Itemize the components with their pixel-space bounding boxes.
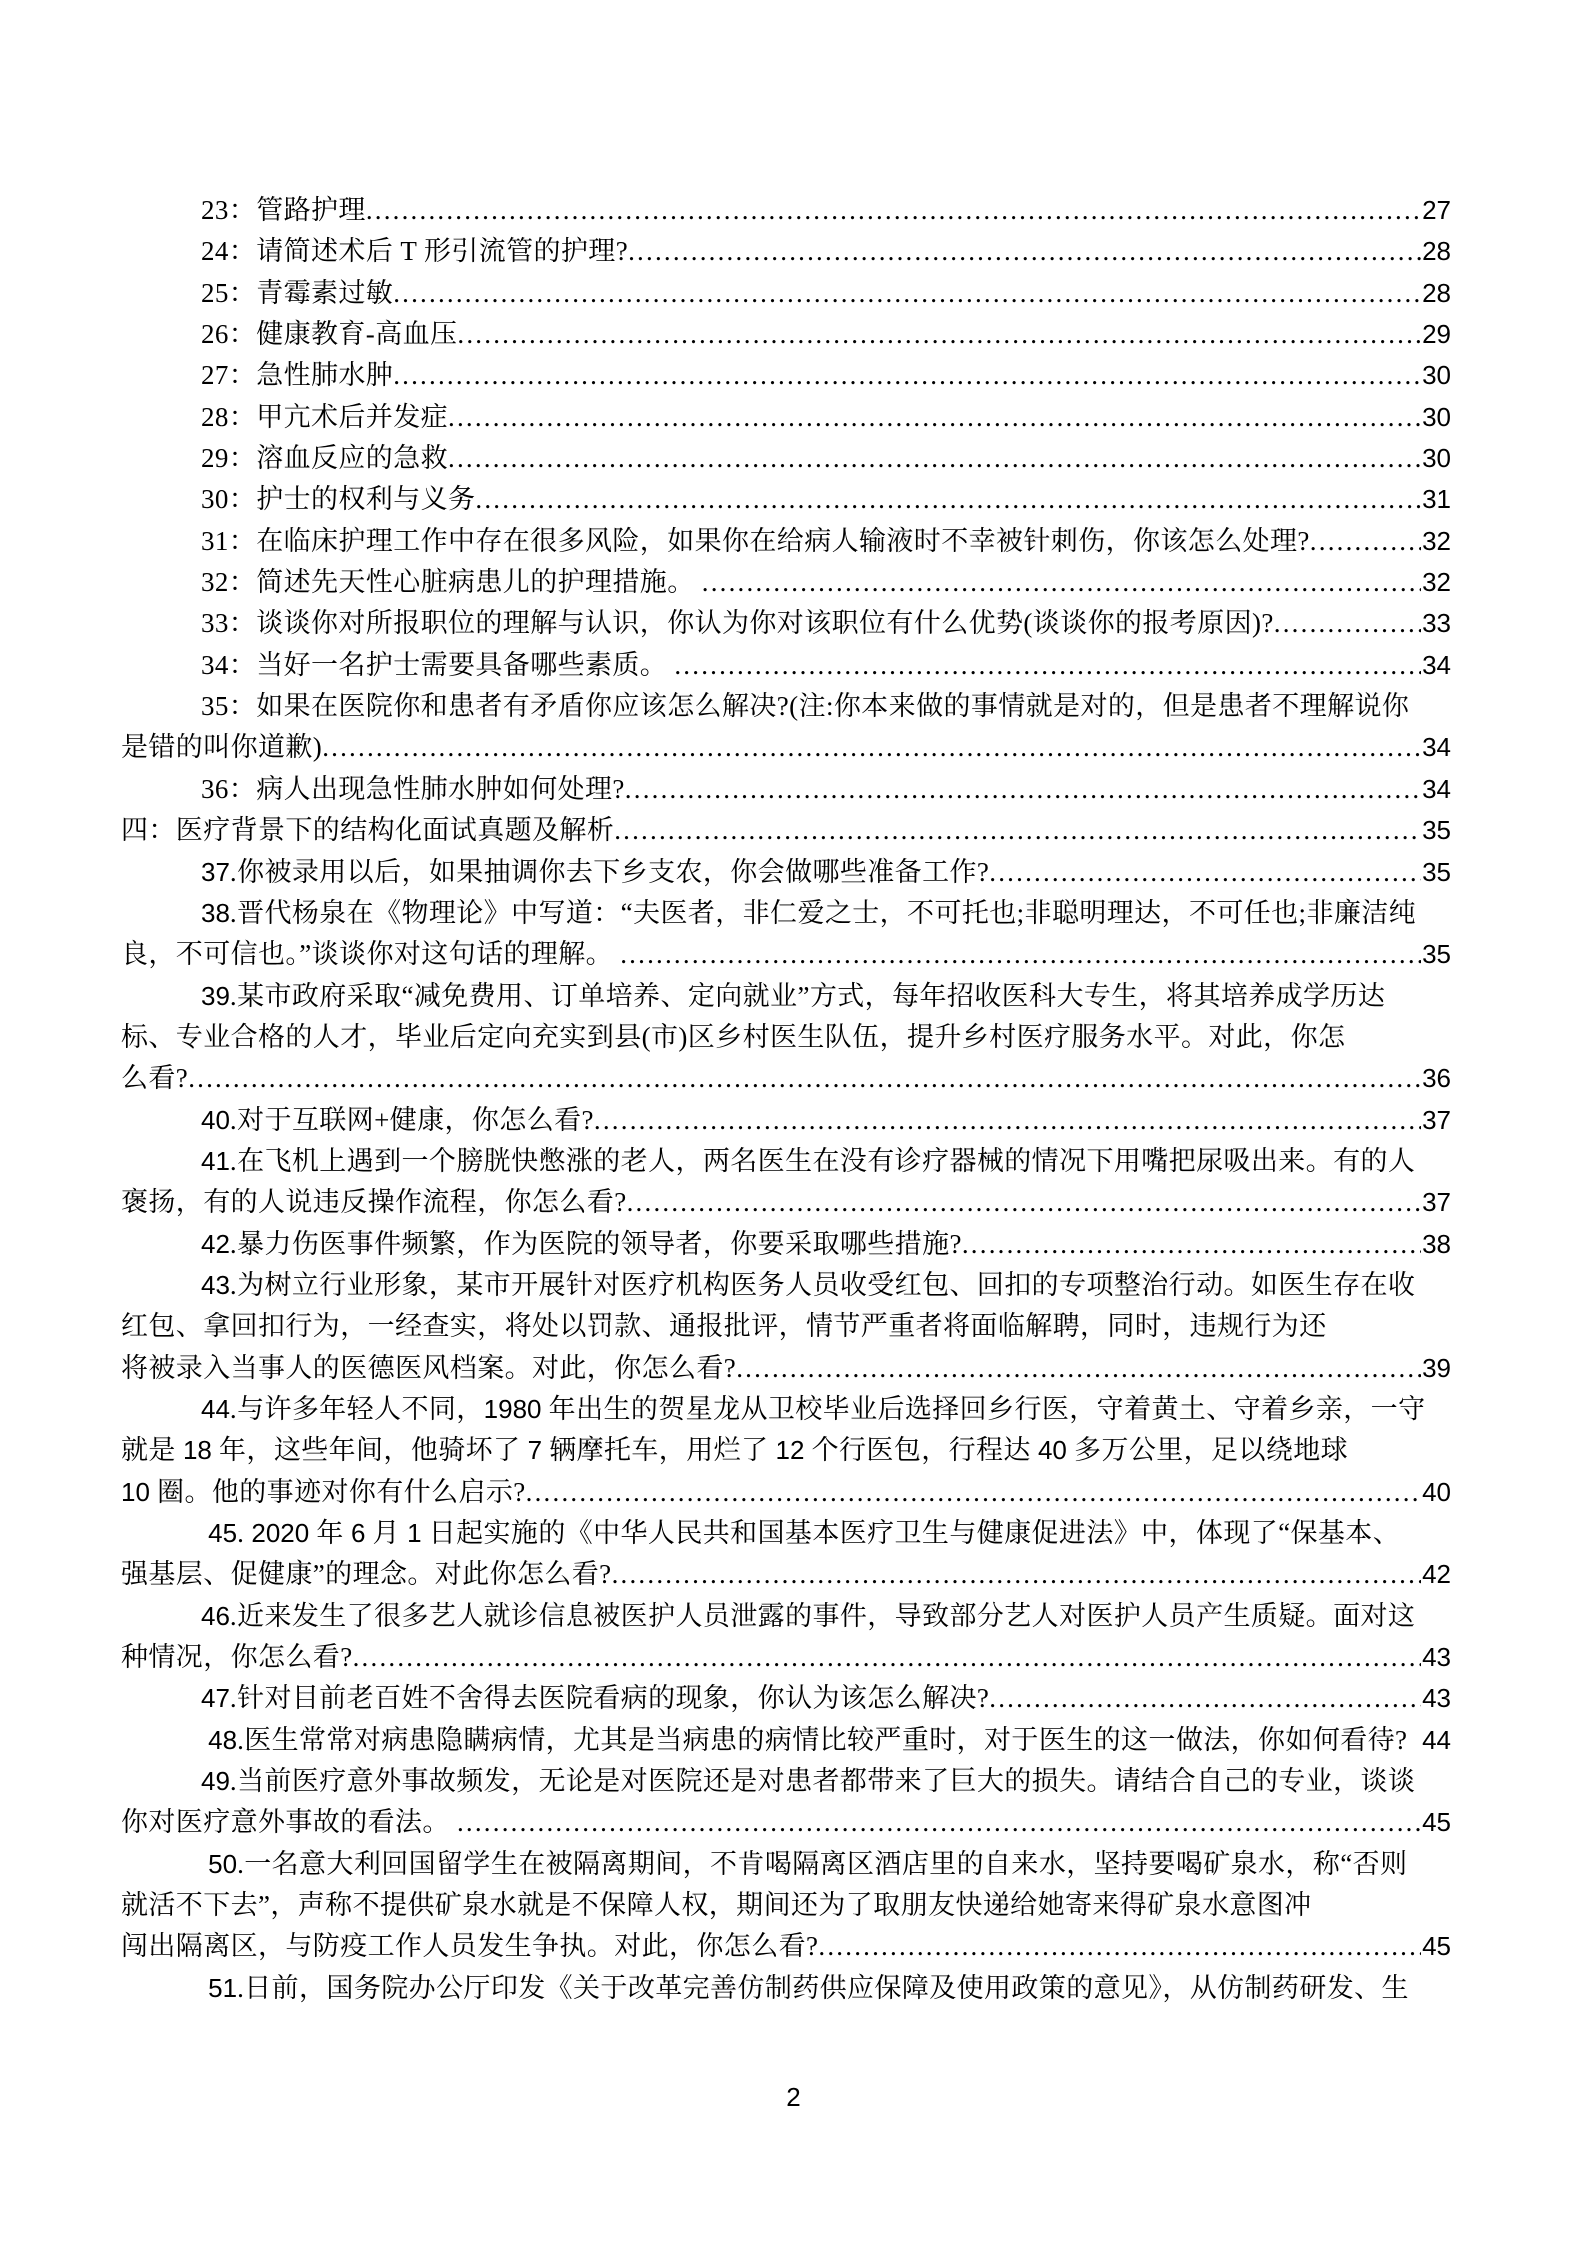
toc-page-number: 39 — [1421, 1348, 1451, 1389]
dot-leader: ........................................… — [594, 1100, 1421, 1141]
toc-entry-text: 50.一名意大利回国留学生在被隔离期间，不肯喝隔离区酒店里的自来水，坚持要喝矿泉… — [201, 1844, 1407, 1885]
toc-entry-continuation: 就是 18 年，这些年间，他骑坏了 7 辆摩托车，用烂了 12 个行医包，行程达… — [121, 1430, 1451, 1471]
toc-page-number: 31 — [1421, 479, 1451, 520]
toc-entry-text: 种情况，你怎么看? — [121, 1637, 353, 1678]
toc-entry-continuation: 10 圈。他的事迹对你有什么启示?.......................… — [121, 1472, 1451, 1513]
toc-entry-text: 27：急性肺水肿 — [201, 355, 393, 396]
toc-entry: 四：医疗背景下的结构化面试真题及解析......................… — [121, 810, 1451, 851]
toc-entry-text: 25：青霉素过敏 — [201, 273, 393, 314]
toc-entry: 23：管路护理.................................… — [121, 190, 1451, 231]
toc-page-number: 33 — [1421, 603, 1451, 644]
toc-entry-text: 48.医生常常对病患隐瞒病情，尤其是当病患的病情比较严重时，对于医生的这一做法，… — [201, 1720, 1407, 1761]
toc-entry: 39.某市政府采取“减免费用、订单培养、定向就业”方式，每年招收医科大专生，将其… — [121, 976, 1451, 1017]
toc-page-number: 30 — [1421, 438, 1451, 479]
toc-page-number: 32 — [1421, 521, 1451, 562]
toc-entry-continuation: 么看?.....................................… — [121, 1058, 1451, 1099]
dot-leader — [1407, 1720, 1421, 1761]
dot-leader: ........................................… — [612, 1554, 1422, 1595]
toc-entry-continuation: 闯出隔离区，与防疫工作人员发生争执。对此，你怎么看?..............… — [121, 1926, 1451, 1967]
toc-entry-text: 标、专业合格的人才，毕业后定向充实到县(市)区乡村医生队伍，提升乡村医疗服务水平… — [121, 1017, 1345, 1058]
toc-entry-continuation: 强基层、促健康”的理念。对此你怎么看?.....................… — [121, 1554, 1451, 1595]
toc-entry-continuation: 良，不可信也。”谈谈你对这句话的理解。 ....................… — [121, 934, 1451, 975]
dot-leader: ........................................… — [393, 273, 1421, 314]
toc-entry: 51.日前，国务院办公厅印发《关于改革完善仿制药供应保障及使用政策的意见》，从仿… — [121, 1968, 1451, 2009]
dot-leader: ........................................… — [620, 934, 1421, 975]
table-of-contents: 23：管路护理.................................… — [121, 190, 1451, 2009]
toc-entry: 50.一名意大利回国留学生在被隔离期间，不肯喝隔离区酒店里的自来水，坚持要喝矿泉… — [121, 1844, 1451, 1885]
toc-page-number: 28 — [1421, 273, 1451, 314]
toc-page-number: 35 — [1421, 810, 1451, 851]
toc-entry-continuation: 就活不下去”，声称不提供矿泉水就是不保障人权，期间还为了取朋友快递给她寄来得矿泉… — [121, 1885, 1451, 1926]
toc-entry-text: 23：管路护理 — [201, 190, 366, 231]
toc-entry-text: 35：如果在医院你和患者有矛盾你应该怎么解决?(注:你本来做的事情就是对的，但是… — [201, 686, 1409, 727]
toc-entry: 34：当好一名护士需要具备哪些素质。 .....................… — [121, 645, 1451, 686]
toc-entry-text: 44.与许多年轻人不同，1980 年出生的贺星龙从卫校毕业后选择回乡行医，守着黄… — [201, 1389, 1425, 1430]
document-page: 23：管路护理.................................… — [0, 0, 1587, 2245]
toc-entry-text: 29：溶血反应的急救 — [201, 438, 448, 479]
toc-entry: 27：急性肺水肿................................… — [121, 355, 1451, 396]
toc-entry-text: 42.暴力伤医事件频繁，作为医院的领导者，你要采取哪些措施? — [201, 1224, 962, 1265]
toc-entry-text: 43.为树立行业形象，某市开展针对医疗机构医务人员收受红包、回扣的专项整治行动。… — [201, 1265, 1415, 1306]
dot-leader: ........................................… — [1274, 603, 1421, 644]
toc-entry: 43.为树立行业形象，某市开展针对医疗机构医务人员收受红包、回扣的专项整治行动。… — [121, 1265, 1451, 1306]
toc-entry-text: 39.某市政府采取“减免费用、订单培养、定向就业”方式，每年招收医科大专生，将其… — [201, 976, 1385, 1017]
toc-page-number: 35 — [1421, 934, 1451, 975]
toc-page-number: 35 — [1421, 852, 1451, 893]
toc-entry: 41.在飞机上遇到一个膀胱快憋涨的老人，两名医生在没有诊疗器械的情况下用嘴把尿吸… — [121, 1141, 1451, 1182]
toc-entry-text: 红包、拿回扣行为，一经查实，将处以罚款、通报批评，情节严重者将面临解聘，同时，违… — [121, 1306, 1327, 1347]
toc-entry-text: 四：医疗背景下的结构化面试真题及解析 — [121, 810, 614, 851]
dot-leader: ........................................… — [1310, 521, 1421, 562]
toc-entry: 49.当前医疗意外事故频发，无论是对医院还是对患者都带来了巨大的损失。请结合自己… — [121, 1761, 1451, 1802]
dot-leader: ........................................… — [448, 438, 1421, 479]
toc-page-number: 27 — [1421, 190, 1451, 231]
toc-entry: 48.医生常常对病患隐瞒病情，尤其是当病患的病情比较严重时，对于医生的这一做法，… — [121, 1720, 1451, 1761]
toc-page-number: 45 — [1421, 1802, 1451, 1843]
toc-entry: 44.与许多年轻人不同，1980 年出生的贺星龙从卫校毕业后选择回乡行医，守着黄… — [121, 1389, 1451, 1430]
toc-page-number: 30 — [1421, 355, 1451, 396]
toc-page-number: 38 — [1421, 1224, 1451, 1265]
toc-page-number: 36 — [1421, 1058, 1451, 1099]
toc-entry: 36：病人出现急性肺水肿如何处理?.......................… — [121, 769, 1451, 810]
dot-leader: ........................................… — [818, 1926, 1421, 1967]
toc-entry-text: 28：甲亢术后并发症 — [201, 397, 448, 438]
toc-entry-text: 强基层、促健康”的理念。对此你怎么看? — [121, 1554, 612, 1595]
toc-entry-text: 32：简述先天性心脏病患儿的护理措施。 — [201, 562, 702, 603]
dot-leader: ........................................… — [702, 562, 1421, 603]
dot-leader: ........................................… — [989, 1678, 1421, 1719]
toc-entry-continuation: 标、专业合格的人才，毕业后定向充实到县(市)区乡村医生队伍，提升乡村医疗服务水平… — [121, 1017, 1451, 1058]
toc-entry-text: 37.你被录用以后，如果抽调你去下乡支农，你会做哪些准备工作? — [201, 852, 989, 893]
toc-entry-text: 良，不可信也。”谈谈你对这句话的理解。 — [121, 934, 620, 975]
toc-page-number: 30 — [1421, 397, 1451, 438]
dot-leader: ........................................… — [448, 397, 1421, 438]
toc-page-number: 43 — [1421, 1637, 1451, 1678]
toc-entry-text: 49.当前医疗意外事故频发，无论是对医院还是对患者都带来了巨大的损失。请结合自己… — [201, 1761, 1415, 1802]
toc-entry-text: 么看? — [121, 1058, 188, 1099]
toc-page-number: 42 — [1421, 1554, 1451, 1595]
dot-leader: ........................................… — [989, 852, 1421, 893]
toc-entry: 26：健康教育-高血压.............................… — [121, 314, 1451, 355]
toc-entry-text: 46.近来发生了很多艺人就诊信息被医护人员泄露的事件，导致部分艺人对医护人员产生… — [201, 1596, 1415, 1637]
toc-entry: 38.晋代杨泉在《物理论》中写道：“夫医者，非仁爱之士，不可托也;非聪明理达，不… — [121, 893, 1451, 934]
toc-page-number: 32 — [1421, 562, 1451, 603]
toc-entry-text: 闯出隔离区，与防疫工作人员发生争执。对此，你怎么看? — [121, 1926, 818, 1967]
toc-entry-text: 26：健康教育-高血压 — [201, 314, 457, 355]
toc-entry-continuation: 褒扬，有的人说违反操作流程，你怎么看?.....................… — [121, 1182, 1451, 1223]
dot-leader: ........................................… — [526, 1472, 1421, 1513]
toc-entry: 31：在临床护理工作中存在很多风险，如果你在给病人输液时不幸被针刺伤，你该怎么处… — [121, 521, 1451, 562]
toc-page-number: 37 — [1421, 1182, 1451, 1223]
toc-page-number: 34 — [1421, 727, 1451, 768]
dot-leader — [1409, 1968, 1450, 2009]
dot-leader: ........................................… — [628, 231, 1421, 272]
toc-page-number: 34 — [1421, 645, 1451, 686]
dot-leader: ........................................… — [962, 1224, 1421, 1265]
toc-page-number: 43 — [1421, 1678, 1451, 1719]
toc-entry-text: 将被录入当事人的医德医风档案。对此，你怎么看? — [121, 1348, 736, 1389]
toc-page-number: 40 — [1421, 1472, 1451, 1513]
toc-entry-text: 36：病人出现急性肺水肿如何处理? — [201, 769, 625, 810]
dot-leader: ........................................… — [353, 1637, 1421, 1678]
dot-leader: ........................................… — [475, 479, 1421, 520]
toc-entry: 47.针对目前老百姓不舍得去医院看病的现象，你认为该怎么解决?.........… — [121, 1678, 1451, 1719]
toc-page-number: 44 — [1421, 1720, 1451, 1761]
toc-entry-text: 10 圈。他的事迹对你有什么启示? — [121, 1472, 526, 1513]
toc-entry: 46.近来发生了很多艺人就诊信息被医护人员泄露的事件，导致部分艺人对医护人员产生… — [121, 1596, 1451, 1637]
toc-entry: 40.对于互联网+健康，你怎么看?.......................… — [121, 1100, 1451, 1141]
dot-leader: ........................................… — [614, 810, 1421, 851]
page-footer: 2 — [0, 2077, 1587, 2118]
toc-entry: 33：谈谈你对所报职位的理解与认识，你认为你对该职位有什么优势(谈谈你的报考原因… — [121, 603, 1451, 644]
dot-leader: ........................................… — [457, 314, 1421, 355]
toc-entry-text: 30：护士的权利与义务 — [201, 479, 475, 520]
toc-entry: 45. 2020 年 6 月 1 日起实施的《中华人民共和国基本医疗卫生与健康促… — [121, 1513, 1451, 1554]
toc-entry-continuation: 将被录入当事人的医德医风档案。对此，你怎么看?.................… — [121, 1348, 1451, 1389]
toc-entry-text: 34：当好一名护士需要具备哪些素质。 — [201, 645, 674, 686]
toc-entry: 30：护士的权利与义务.............................… — [121, 479, 1451, 520]
toc-entry-text: 就活不下去”，声称不提供矿泉水就是不保障人权，期间还为了取朋友快递给她寄来得矿泉… — [121, 1885, 1312, 1926]
toc-entry: 32：简述先天性心脏病患儿的护理措施。 ....................… — [121, 562, 1451, 603]
toc-entry-continuation: 你对医疗意外事故的看法。 ...........................… — [121, 1802, 1451, 1843]
dot-leader: ........................................… — [625, 769, 1421, 810]
dot-leader: ........................................… — [322, 727, 1421, 768]
dot-leader: ........................................… — [188, 1058, 1421, 1099]
toc-entry: 24：请简述术后 T 形引流管的护理?.....................… — [121, 231, 1451, 272]
toc-entry-text: 就是 18 年，这些年间，他骑坏了 7 辆摩托车，用烂了 12 个行医包，行程达… — [121, 1430, 1348, 1471]
page-number: 2 — [786, 2082, 800, 2112]
toc-page-number — [1450, 1968, 1451, 2009]
toc-entry: 29：溶血反应的急救..............................… — [121, 438, 1451, 479]
toc-entry-text: 51.日前，国务院办公厅印发《关于改革完善仿制药供应保障及使用政策的意见》，从仿… — [201, 1968, 1409, 2009]
toc-entry-text: 31：在临床护理工作中存在很多风险，如果你在给病人输液时不幸被针刺伤，你该怎么处… — [201, 521, 1310, 562]
toc-page-number: 29 — [1421, 314, 1451, 355]
toc-entry-text: 38.晋代杨泉在《物理论》中写道：“夫医者，非仁爱之士，不可托也;非聪明理达，不… — [201, 893, 1416, 934]
toc-entry-continuation: 种情况，你怎么看?...............................… — [121, 1637, 1451, 1678]
toc-entry-continuation: 是错的叫你道歉)................................… — [121, 727, 1451, 768]
toc-entry-text: 41.在飞机上遇到一个膀胱快憋涨的老人，两名医生在没有诊疗器械的情况下用嘴把尿吸… — [201, 1141, 1415, 1182]
toc-page-number: 28 — [1421, 231, 1451, 272]
toc-page-number: 34 — [1421, 769, 1451, 810]
toc-entry: 28：甲亢术后并发症..............................… — [121, 397, 1451, 438]
dot-leader: ........................................… — [366, 190, 1421, 231]
toc-page-number: 37 — [1421, 1100, 1451, 1141]
toc-page-number: 45 — [1421, 1926, 1451, 1967]
toc-entry: 25：青霉素过敏................................… — [121, 273, 1451, 314]
toc-entry-text: 40.对于互联网+健康，你怎么看? — [201, 1100, 594, 1141]
toc-entry-text: 47.针对目前老百姓不舍得去医院看病的现象，你认为该怎么解决? — [201, 1678, 989, 1719]
dot-leader: ........................................… — [674, 645, 1421, 686]
toc-entry: 35：如果在医院你和患者有矛盾你应该怎么解决?(注:你本来做的事情就是对的，但是… — [121, 686, 1451, 727]
toc-entry-text: 你对医疗意外事故的看法。 — [121, 1802, 457, 1843]
dot-leader: ........................................… — [393, 355, 1421, 396]
toc-entry-text: 33：谈谈你对所报职位的理解与认识，你认为你对该职位有什么优势(谈谈你的报考原因… — [201, 603, 1274, 644]
toc-entry-text: 是错的叫你道歉) — [121, 727, 322, 768]
toc-entry: 37.你被录用以后，如果抽调你去下乡支农，你会做哪些准备工作?.........… — [121, 852, 1451, 893]
toc-entry-text: 45. 2020 年 6 月 1 日起实施的《中华人民共和国基本医疗卫生与健康促… — [201, 1513, 1400, 1554]
toc-entry: 42.暴力伤医事件频繁，作为医院的领导者，你要采取哪些措施?..........… — [121, 1224, 1451, 1265]
toc-entry-continuation: 红包、拿回扣行为，一经查实，将处以罚款、通报批评，情节严重者将面临解聘，同时，违… — [121, 1306, 1451, 1347]
dot-leader: ........................................… — [736, 1348, 1421, 1389]
dot-leader: ........................................… — [457, 1802, 1421, 1843]
toc-entry-text: 褒扬，有的人说违反操作流程，你怎么看? — [121, 1182, 627, 1223]
toc-entry-text: 24：请简述术后 T 形引流管的护理? — [201, 231, 628, 272]
dot-leader: ........................................… — [627, 1182, 1421, 1223]
